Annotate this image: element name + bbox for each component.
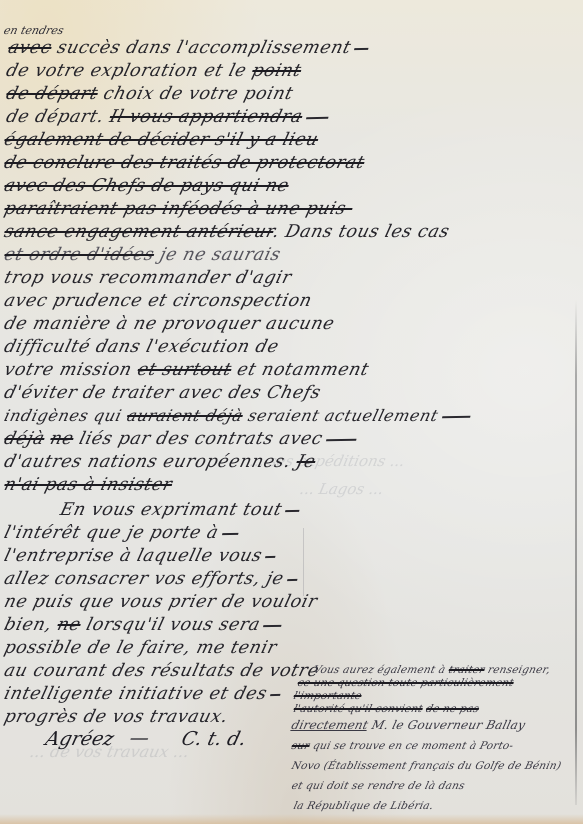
line-filler-stroke — [306, 117, 328, 119]
struck-text: de départ — [4, 84, 100, 104]
manuscript-line-10: et ordre d'idées je ne saurais — [2, 245, 283, 265]
underlined-text: directement — [290, 718, 370, 732]
line-text: l'intérêt que je porte à — [2, 523, 221, 543]
struck-text: déjà — [2, 429, 47, 449]
struck-text: n'ai pas à insister — [2, 475, 174, 495]
line-filler-stroke — [265, 556, 275, 558]
manuscript-line-19: d'autres nations européennes. Je — [2, 452, 318, 472]
struck-text: ce une question toute particulièrement — [296, 677, 515, 689]
faint-ruling-mark — [303, 528, 304, 596]
margin-note-line-5: directement M. le Gouverneur Ballay — [290, 719, 527, 732]
struck-text: également de décider s'il y a lieu — [2, 130, 321, 150]
manuscript-line-22: l'intérêt que je porte à — [2, 523, 241, 543]
struck-text: Il vous appartiendra — [107, 107, 304, 127]
line-text: liés par des contrats avec — [77, 429, 325, 449]
manuscript-line-6: de conclure des traités de protectorat — [2, 153, 367, 173]
manuscript-line-24: allez consacrer vos efforts, je — [2, 569, 300, 589]
line-text: et qui doit se rendre de là dans — [290, 780, 466, 792]
struck-text: point — [250, 61, 304, 81]
line-filler-stroke — [264, 625, 282, 627]
line-filler-stroke — [326, 438, 356, 440]
manuscript-line-12: avec prudence et circonspection — [2, 291, 314, 311]
line-text: En vous exprimant tout — [58, 500, 284, 520]
line-text: l'entreprise à laquelle vous — [2, 546, 264, 566]
line-text: de votre exploration et le — [4, 61, 249, 81]
line-text: la République de Libéria. — [292, 800, 435, 812]
struck-text: de conclure des traités de protectorat — [2, 153, 367, 173]
manuscript-line-11: trop vous recommander d'agir — [2, 268, 294, 288]
manuscript-line-3: de départ choix de votre point — [4, 84, 295, 104]
manuscript-line-8: paraîtraient pas inféodés à une puis- — [2, 199, 355, 219]
manuscript-line-20: n'ai pas à insister — [2, 475, 174, 495]
manuscript-line-18: déjà ne liés par des contrats avec — [2, 429, 359, 449]
line-filler-stroke — [222, 533, 238, 535]
manuscript-line-9: sance engagement antérieur. Dans tous le… — [2, 222, 452, 242]
struck-text: auraient déjà — [125, 406, 245, 425]
show-through-text: ... Lagos ... — [298, 480, 385, 498]
line-filler-stroke — [442, 415, 470, 417]
line-text: allez consacrer vos efforts, je — [2, 569, 286, 589]
line-filler-stroke — [287, 579, 297, 581]
struck-text: traiter — [447, 664, 486, 676]
manuscript-line-4: de départ. Il vous appartiendra — [4, 107, 331, 127]
manuscript-line-25: ne puis que vous prier de vouloir — [2, 592, 320, 612]
line-text: ne puis que vous prier de vouloir — [2, 592, 320, 612]
line-text: d'éviter de traiter avec des Chefs — [2, 383, 323, 403]
manuscript-line-17: indigènes qui auraient déjà seraient act… — [2, 406, 473, 426]
margin-note-line-7: Novo (Établissement français du Golfe de… — [290, 760, 563, 773]
struck-text: l'importante — [292, 690, 363, 702]
struck-text: et surtout — [135, 360, 233, 380]
margin-note-line-9: la République de Libéria. — [292, 800, 435, 813]
line-text: je ne saurais — [158, 245, 283, 265]
line-text: votre mission — [2, 360, 134, 380]
manuscript-line-14: difficulté dans l'exécution de — [2, 337, 281, 357]
line-text: et notamment — [235, 360, 371, 380]
page-edge-stain — [0, 814, 583, 824]
manuscript-line-28: au courant des résultats de votre — [2, 661, 321, 681]
line-text: progrès de vos travaux. — [2, 707, 230, 727]
line-text: Vous aurez également à — [312, 664, 446, 676]
struck-text: ne — [55, 615, 83, 635]
manuscript-line-30: progrès de vos travaux. — [2, 707, 230, 727]
margin-note-line-6: sur qui se trouve en ce moment à Porto- — [290, 740, 515, 753]
manuscript-page: ... ses expéditions ... ... Lagos ... ..… — [0, 0, 583, 824]
manuscript-line-16: d'éviter de traiter avec des Chefs — [2, 383, 323, 403]
struck-text: avec des Chefs de pays qui ne — [2, 176, 291, 196]
line-text: trop vous recommander d'agir — [2, 268, 294, 288]
line-text: Novo (Établissement français du Golfe de… — [290, 760, 562, 772]
manuscript-line-15: votre mission et surtout et notamment — [2, 360, 371, 380]
struck-text: de ne pas — [425, 703, 481, 715]
struck-text: l'autorité qu'il convient — [292, 703, 424, 715]
struck-text: paraîtraient pas inféodés à une puis- — [2, 199, 355, 219]
margin-note-line-1: Vous aurez également à traiter renseigne… — [312, 664, 552, 677]
manuscript-line-26: bien, ne lorsqu'il vous sera — [2, 615, 284, 635]
manuscript-line-27: possible de le faire, me tenir — [2, 638, 279, 658]
struck-text: sance engagement antérieur — [2, 222, 276, 242]
manuscript-line-2: de votre exploration et le point — [4, 61, 304, 81]
closing-ctd: C. t. d. — [179, 728, 248, 750]
line-text: renseigner, — [487, 664, 552, 676]
struck-text: sur — [290, 740, 311, 752]
manuscript-line-13: de manière à ne provoquer aucune — [2, 314, 337, 334]
line-text: intelligente initiative et des — [2, 684, 269, 704]
line-text: lorsqu'il vous sera — [84, 615, 262, 635]
line-text: M. le Gouverneur Ballay — [370, 718, 527, 732]
line-text: indigènes qui — [2, 406, 124, 425]
struck-text: avec — [6, 38, 54, 58]
margin-note-line-2: ce une question toute particulièrement — [296, 677, 515, 690]
margin-note-line-3: l'importante — [292, 690, 363, 703]
manuscript-line-5: également de décider s'il y a lieu — [2, 130, 321, 150]
page-fold-edge — [575, 300, 577, 805]
line-filler-stroke — [354, 48, 368, 50]
closing-agreez: Agréez — [43, 728, 116, 750]
line-text: difficulté dans l'exécution de — [2, 337, 281, 357]
margin-note-line-4: l'autorité qu'il convient de ne pas — [292, 703, 480, 716]
line-text: de manière à ne provoquer aucune — [2, 314, 337, 334]
manuscript-line-21: En vous exprimant tout — [58, 500, 302, 520]
line-filler-stroke — [285, 510, 299, 512]
line-text: de départ. — [4, 107, 106, 127]
line-text: d'autres nations européennes. — [2, 452, 293, 472]
line-text: . Dans tous les cas — [271, 222, 452, 242]
line-text: avec prudence et circonspection — [2, 291, 314, 311]
line-text: possible de le faire, me tenir — [2, 638, 279, 658]
interlinear-insertion: en tendres — [2, 24, 65, 37]
line-filler-stroke — [270, 694, 280, 696]
struck-text: ne — [48, 429, 76, 449]
manuscript-line-7: avec des Chefs de pays qui ne — [2, 176, 291, 196]
line-text: au courant des résultats de votre — [2, 661, 321, 681]
manuscript-line-29: intelligente initiative et des — [2, 684, 283, 704]
struck-text: et ordre d'idées — [2, 245, 156, 265]
line-text: qui se trouve en ce moment à Porto- — [312, 740, 515, 752]
margin-note-line-8: et qui doit se rendre de là dans — [290, 780, 466, 793]
manuscript-line-1: avec succès dans l'accomplissement — [6, 38, 371, 58]
line-text: seraient actuellement — [246, 406, 440, 425]
line-text: succès dans l'accomplissement — [55, 38, 353, 58]
line-text: choix de votre point — [101, 84, 295, 104]
manuscript-line-23: l'entreprise à laquelle vous — [2, 546, 278, 566]
line-text: bien, — [2, 615, 54, 635]
